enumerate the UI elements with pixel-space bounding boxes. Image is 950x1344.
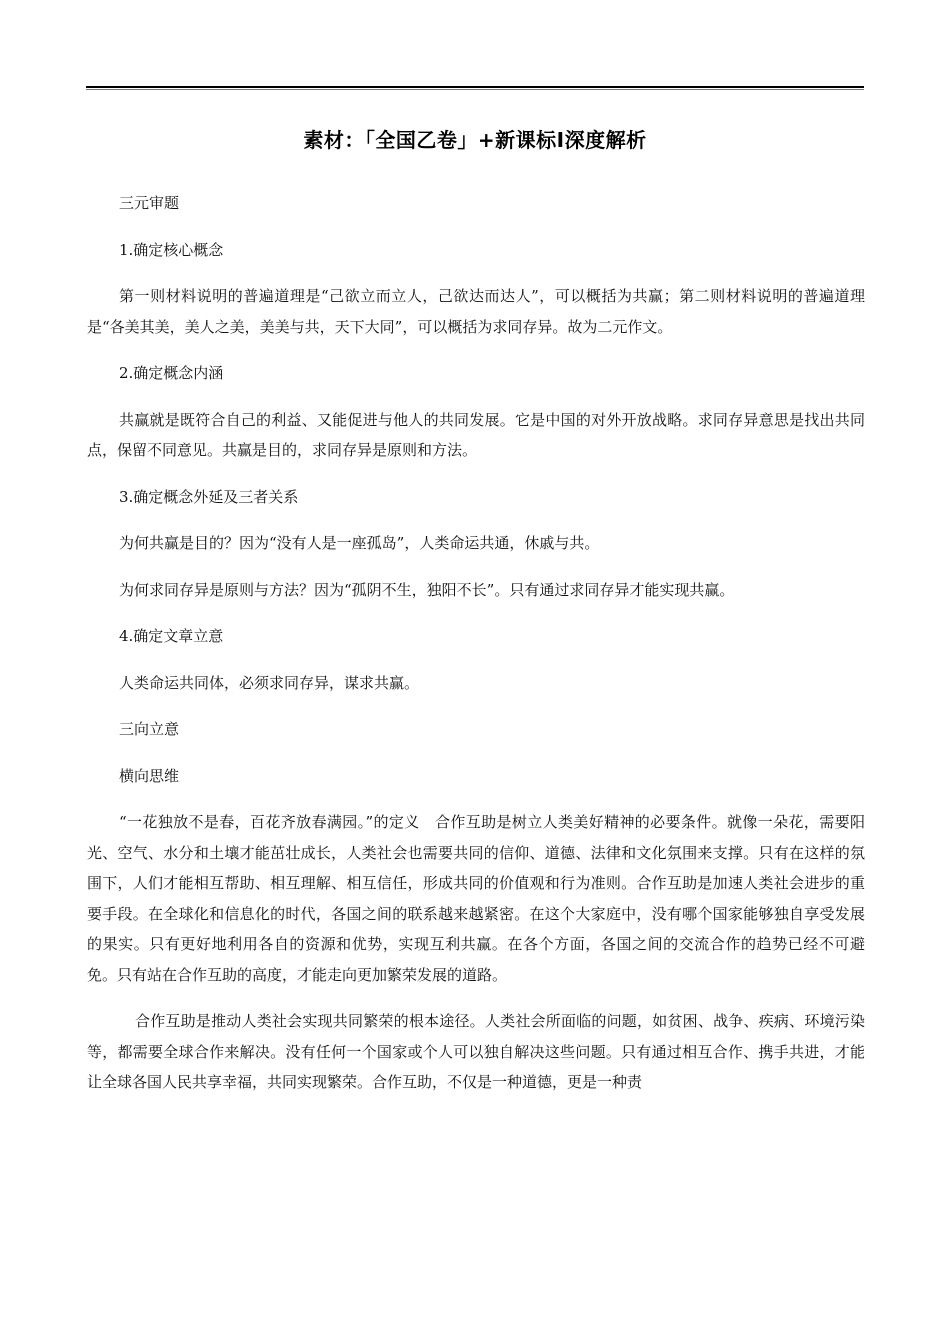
header-rule bbox=[86, 86, 864, 90]
paragraph-concept-meaning: 共赢就是既符合自己的利益、又能促进与他人的共同发展。它是中国的对外开放战略。求同… bbox=[87, 405, 865, 466]
step-heading-3: 3.确定概念外延及三者关系 bbox=[119, 482, 865, 513]
document-title: 素材：「全国乙卷」+新课标Ⅰ深度解析 bbox=[0, 124, 950, 153]
paragraph-common-prosperity: 合作互助是推动人类社会实现共同繁荣的根本途径。人类社会所面临的问题，如贫困、战争… bbox=[87, 1006, 865, 1098]
subsection-heading-horizontal-thinking: 横向思维 bbox=[119, 761, 865, 792]
paragraph-why-common-ground: 为何求同存异是原则与方法？因为“孤阴不生，独阳不长”。只有通过求同存异才能实现共… bbox=[119, 575, 865, 606]
paragraph-cooperation-essay: “一花独放不是春，百花齐放春满园。”的定义 合作互助是树立人类美好精神的必要条件… bbox=[87, 807, 865, 990]
paragraph-thesis: 人类命运共同体，必须求同存异，谋求共赢。 bbox=[119, 668, 865, 699]
paragraph-why-win-win: 为何共赢是目的？因为“没有人是一座孤岛”，人类命运共通，休戚与共。 bbox=[119, 528, 865, 559]
section-heading-three-directions: 三向立意 bbox=[119, 714, 865, 745]
step-heading-1: 1.确定核心概念 bbox=[119, 235, 865, 266]
step-heading-4: 4.确定文章立意 bbox=[119, 621, 865, 652]
step-heading-2: 2.确定概念内涵 bbox=[119, 358, 865, 389]
document-body: 三元审题 1.确定核心概念 第一则材料说明的普遍道理是“己欲立而立人，己欲达而达… bbox=[87, 188, 865, 1114]
section-heading-three-element-analysis: 三元审题 bbox=[119, 188, 865, 219]
paragraph-core-concepts: 第一则材料说明的普遍道理是“己欲立而立人，己欲达而达人”，可以概括为共赢；第二则… bbox=[87, 281, 865, 342]
